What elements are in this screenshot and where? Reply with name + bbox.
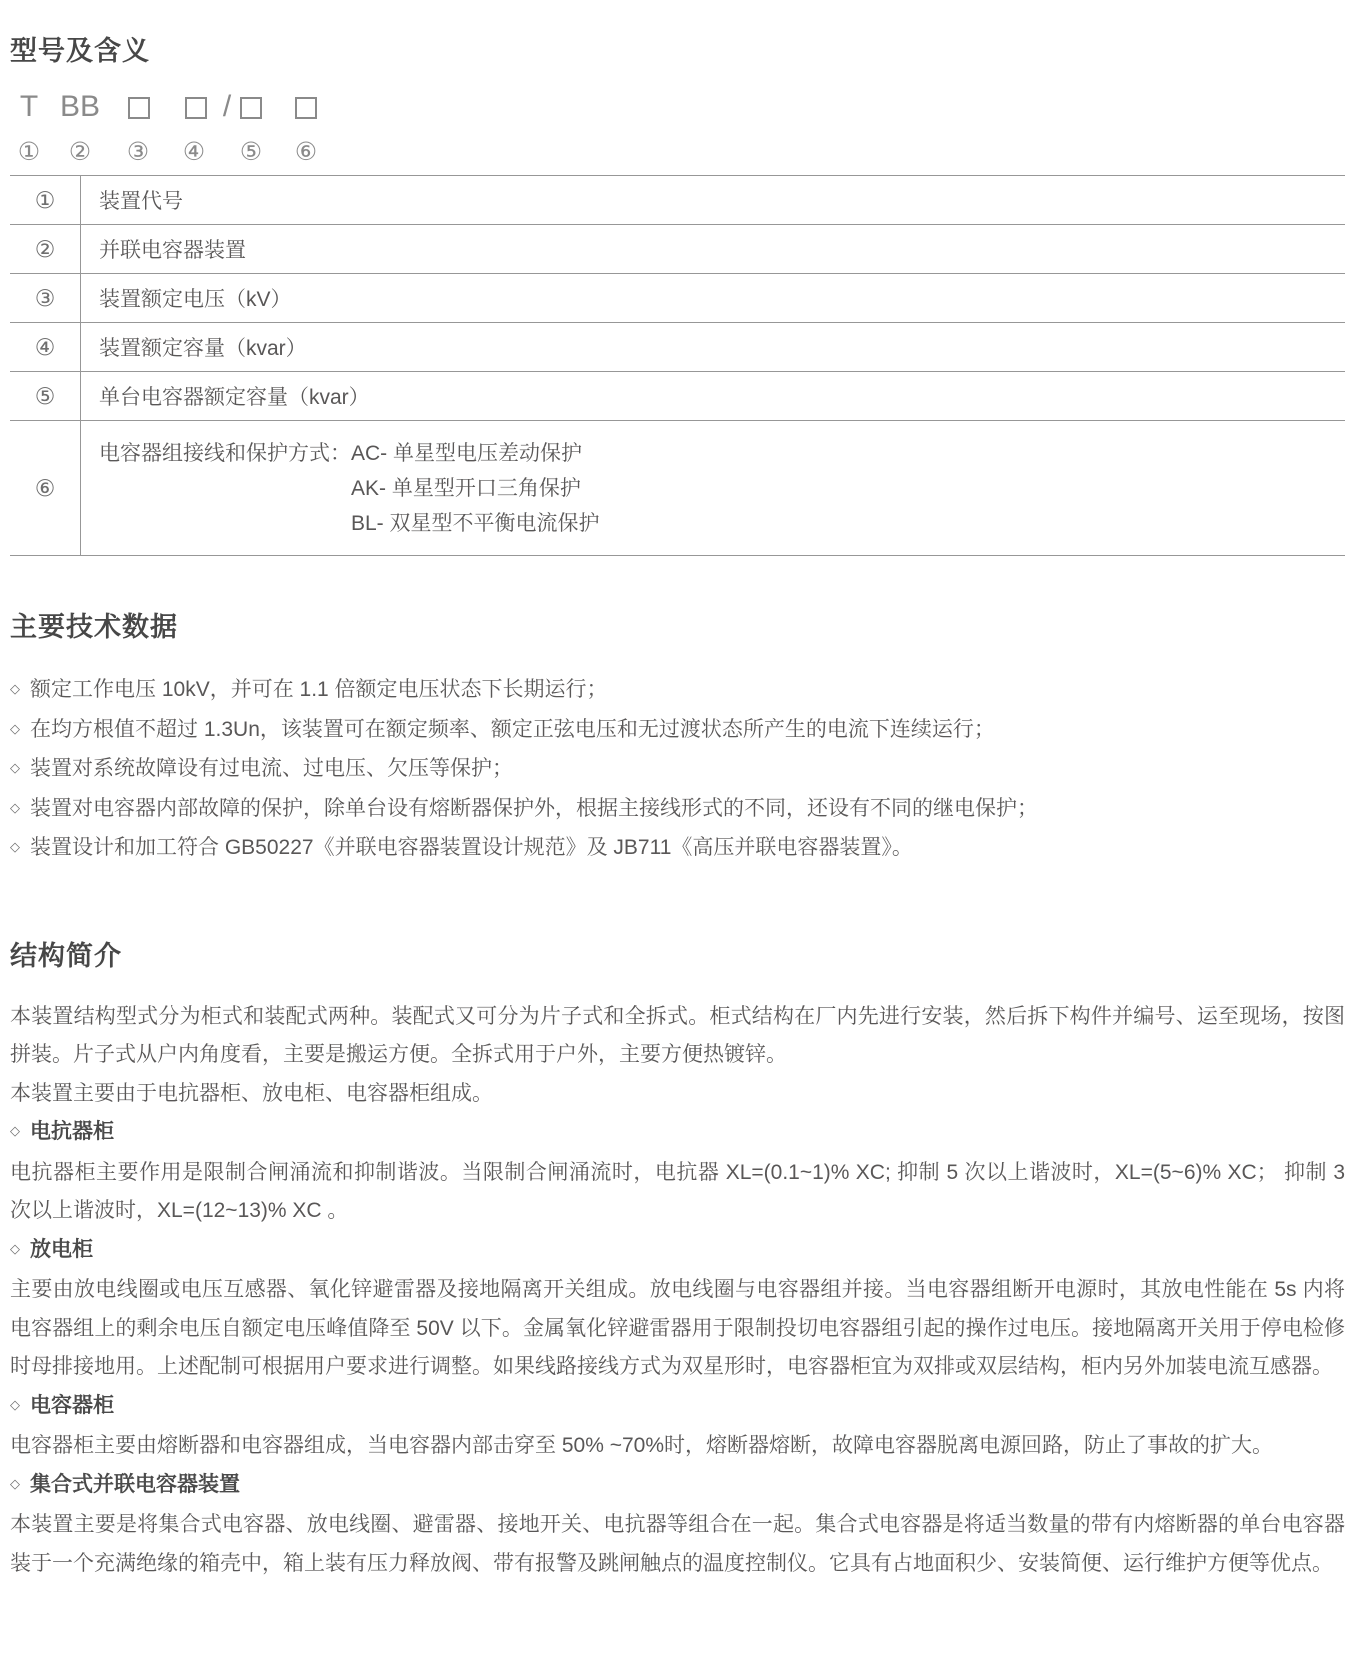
row-number: ⑥: [10, 421, 81, 556]
code-circle-1: ①: [18, 139, 40, 165]
row-desc: 装置额定容量（kvar）: [81, 323, 1346, 372]
diamond-icon: ◇: [10, 1123, 20, 1138]
subsection-heading-text: 电抗器柜: [30, 1120, 114, 1143]
row-desc: 装置代号: [81, 176, 1346, 225]
diamond-icon: ◇: [10, 789, 20, 827]
subsection-heading-reactor-cabinet: ◇电抗器柜: [10, 1113, 1345, 1154]
code-circle-3: ③: [127, 139, 149, 165]
section-title-structure: 结构简介: [10, 941, 1345, 972]
code-circle-5: ⑤: [240, 139, 262, 165]
code-letter-bb: BB: [60, 91, 100, 123]
structure-body: 本装置结构型式分为柜式和装配式两种。装配式又可分为片子式和全拆式。柜式结构在厂内…: [10, 998, 1345, 1584]
bullet-item: ◇ 装置对电容器内部故障的保护，除单台设有熔断器保护外，根据主接线形式的不同，还…: [10, 790, 1345, 830]
protection-option: AK- 单星型开口三角保护: [351, 471, 600, 506]
code-box-4: [185, 97, 207, 119]
diamond-icon: ◇: [10, 828, 20, 866]
document-page: 型号及含义 T BB / ① ② ③ ④ ⑤ ⑥ ① 装置代号 ② 并联电容器装…: [0, 0, 1355, 1662]
paragraph-discharge-cabinet: 主要由放电线圈或电压互感器、氧化锌避雷器及接地隔离开关组成。放电线圈与电容器组并…: [10, 1271, 1345, 1387]
section-title-tech: 主要技术数据: [10, 612, 1345, 643]
row-number: ②: [10, 225, 81, 274]
bullet-text: 装置设计和加工符合 GB50227《并联电容器装置设计规范》及 JB711《高压…: [30, 829, 913, 867]
diamond-icon: ◇: [10, 670, 20, 708]
row-desc: 电容器组接线和保护方式： AC- 单星型电压差动保护 AK- 单星型开口三角保护…: [81, 421, 1346, 556]
subsection-heading-text: 集合式并联电容器装置: [30, 1473, 240, 1496]
table-row: ⑤ 单台电容器额定容量（kvar）: [10, 372, 1345, 421]
subsection-heading-text: 放电柜: [30, 1238, 93, 1261]
bullet-text: 装置对系统故障设有过电流、过电压、欠压等保护；: [30, 750, 513, 788]
table-row: ④ 装置额定容量（kvar）: [10, 323, 1345, 372]
bullet-item: ◇ 装置设计和加工符合 GB50227《并联电容器装置设计规范》及 JB711《…: [10, 829, 1345, 869]
row-number: ④: [10, 323, 81, 372]
table-row: ⑥ 电容器组接线和保护方式： AC- 单星型电压差动保护 AK- 单星型开口三角…: [10, 421, 1345, 556]
code-slash: /: [223, 91, 231, 123]
table-row: ③ 装置额定电压（kV）: [10, 274, 1345, 323]
row-number: ⑤: [10, 372, 81, 421]
diamond-icon: ◇: [10, 1476, 20, 1491]
code-box-3: [128, 97, 150, 119]
table-row: ② 并联电容器装置: [10, 225, 1345, 274]
subsection-heading-text: 电容器柜: [30, 1394, 114, 1417]
tech-bullet-list: ◇ 额定工作电压 10kV，并可在 1.1 倍额定电压状态下长期运行； ◇ 在均…: [10, 671, 1345, 869]
subsection-heading-assembled-device: ◇集合式并联电容器装置: [10, 1466, 1345, 1507]
code-circle-4: ④: [183, 139, 205, 165]
paragraph-intro-1: 本装置结构型式分为柜式和装配式两种。装配式又可分为片子式和全拆式。柜式结构在厂内…: [10, 998, 1345, 1075]
protection-option: BL- 双星型不平衡电流保护: [351, 506, 600, 541]
section-title-model: 型号及含义: [10, 0, 1345, 67]
protection-options: AC- 单星型电压差动保护 AK- 单星型开口三角保护 BL- 双星型不平衡电流…: [351, 436, 600, 541]
model-table: ① 装置代号 ② 并联电容器装置 ③ 装置额定电压（kV） ④ 装置额定容量（k…: [10, 175, 1345, 556]
bullet-text: 额定工作电压 10kV，并可在 1.1 倍额定电压状态下长期运行；: [30, 671, 608, 709]
bullet-item: ◇ 在均方根值不超过 1.3Un，该装置可在额定频率、额定正弦电压和无过渡状态所…: [10, 711, 1345, 751]
diamond-icon: ◇: [10, 710, 20, 748]
bullet-item: ◇ 装置对系统故障设有过电流、过电压、欠压等保护；: [10, 750, 1345, 790]
row-desc: 装置额定电压（kV）: [81, 274, 1346, 323]
paragraph-intro-2: 本装置主要由于电抗器柜、放电柜、电容器柜组成。: [10, 1075, 1345, 1114]
code-box-5: [240, 97, 262, 119]
paragraph-capacitor-cabinet: 电容器柜主要由熔断器和电容器组成，当电容器内部击穿至 50% ~70%时，熔断器…: [10, 1427, 1345, 1466]
subsection-heading-capacitor-cabinet: ◇电容器柜: [10, 1387, 1345, 1428]
protection-modes: 电容器组接线和保护方式： AC- 单星型电压差动保护 AK- 单星型开口三角保护…: [99, 436, 1344, 541]
diamond-icon: ◇: [10, 1241, 20, 1256]
protection-option: AC- 单星型电压差动保护: [351, 436, 600, 471]
diamond-icon: ◇: [10, 749, 20, 787]
code-letter-t: T: [20, 91, 38, 123]
bullet-text: 在均方根值不超过 1.3Un，该装置可在额定频率、额定正弦电压和无过渡状态所产生…: [30, 711, 995, 749]
row-desc: 单台电容器额定容量（kvar）: [81, 372, 1346, 421]
diamond-icon: ◇: [10, 1397, 20, 1412]
row-number: ③: [10, 274, 81, 323]
protection-prefix: 电容器组接线和保护方式：: [99, 436, 351, 471]
paragraph-assembled-device: 本装置主要是将集合式电容器、放电线圈、避雷器、接地开关、电抗器等组合在一起。集合…: [10, 1506, 1345, 1583]
code-circle-6: ⑥: [295, 139, 317, 165]
table-row: ① 装置代号: [10, 176, 1345, 225]
bullet-text: 装置对电容器内部故障的保护，除单台设有熔断器保护外，根据主接线形式的不同，还设有…: [30, 790, 1038, 828]
code-circle-2: ②: [69, 139, 91, 165]
bullet-item: ◇ 额定工作电压 10kV，并可在 1.1 倍额定电压状态下长期运行；: [10, 671, 1345, 711]
row-number: ①: [10, 176, 81, 225]
code-box-6: [295, 97, 317, 119]
paragraph-reactor-cabinet: 电抗器柜主要作用是限制合闸涌流和抑制谐波。当限制合闸涌流时，电抗器 XL=(0.…: [10, 1154, 1345, 1231]
subsection-heading-discharge-cabinet: ◇放电柜: [10, 1231, 1345, 1272]
row-desc: 并联电容器装置: [81, 225, 1346, 274]
model-code-diagram: T BB / ① ② ③ ④ ⑤ ⑥: [10, 91, 1345, 173]
